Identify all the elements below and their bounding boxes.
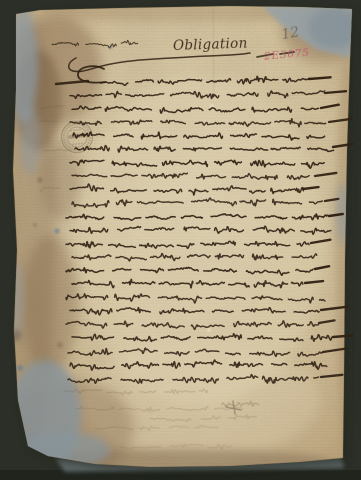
line-end-dash [333, 336, 352, 338]
line-end-dash [309, 77, 331, 79]
manuscript-photo: Obligation 12 2E3075 [0, 0, 361, 480]
folio-number: 12 [280, 24, 300, 43]
scan-background-bottom [0, 470, 361, 480]
document-scan: Obligation 12 2E3075 [0, 0, 361, 480]
heading-obligation: Obligation [173, 36, 248, 55]
